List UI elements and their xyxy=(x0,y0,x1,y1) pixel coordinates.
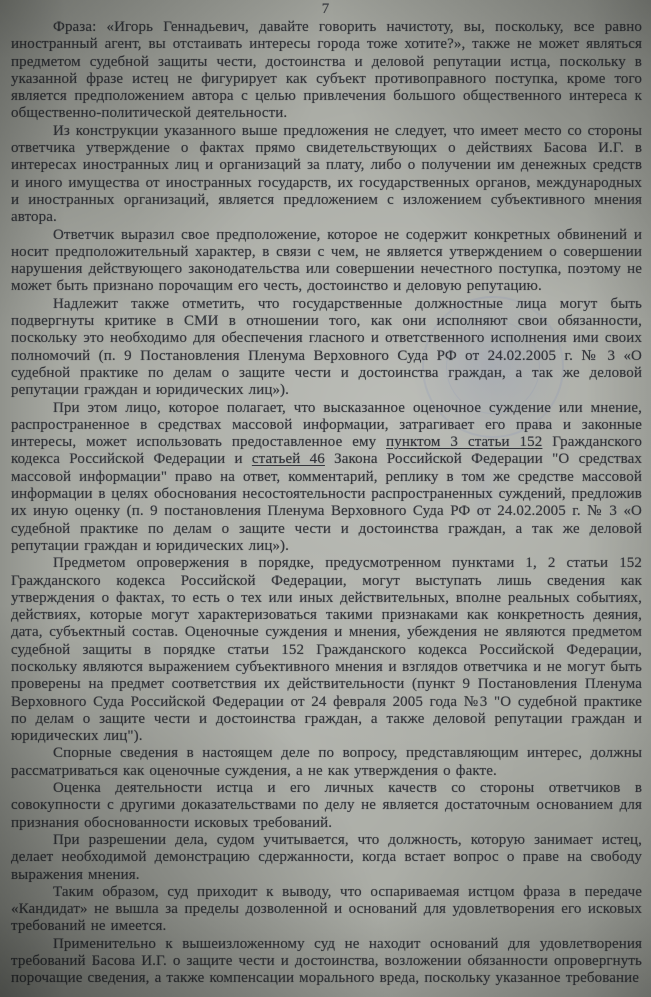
paragraph-text: Таким образом, суд приходит к выводу, чт… xyxy=(11,884,642,935)
paragraph: Из конструкции указанного выше предложен… xyxy=(11,123,642,227)
paragraph: При разрешении дела, судом учитывается, … xyxy=(11,832,642,884)
paragraph: Оценка деятельности истца и его личных к… xyxy=(11,780,642,832)
paragraph-text: Из конструкции указанного выше предложен… xyxy=(11,123,642,225)
underlined-citation: пунктом 3 статьи 152 xyxy=(386,434,542,450)
paragraph: Фраза: «Игорь Геннадьевич, давайте говор… xyxy=(11,19,642,123)
paragraph-text: Фраза: «Игорь Геннадьевич, давайте говор… xyxy=(11,19,642,121)
paragraph: Таким образом, суд приходит к выводу, чт… xyxy=(11,884,642,936)
paragraph: При этом лицо, которое полагает, что выс… xyxy=(11,400,642,556)
paragraph: Применительно к вышеизложенному суд не н… xyxy=(11,936,642,988)
document-page-photo: 7 Фраза: «Игорь Геннадьевич, давайте гов… xyxy=(0,0,651,997)
paragraph: Предметом опровержения в порядке, предус… xyxy=(11,555,642,745)
paragraph-text: Надлежит также отметить, что государстве… xyxy=(11,296,642,398)
paragraph: Спорные сведения в настоящем деле по воп… xyxy=(11,745,642,780)
paragraph: Надлежит также отметить, что государстве… xyxy=(11,296,642,400)
paragraph-text: Спорные сведения в настоящем деле по воп… xyxy=(11,745,642,778)
paragraph-text: Предметом опровержения в порядке, предус… xyxy=(11,555,642,744)
underlined-citation: статьей 46 xyxy=(252,451,325,467)
document-text: Фраза: «Игорь Геннадьевич, давайте говор… xyxy=(11,19,642,997)
paragraph-text: Ответчик выразил свое предположение, кот… xyxy=(11,227,642,295)
paragraph-text: Применительно к вышеизложенному суд не н… xyxy=(11,936,642,987)
page-number: 7 xyxy=(0,1,651,18)
paragraph: Ответчик выразил свое предположение, кот… xyxy=(11,227,642,296)
paragraph-text: При разрешении дела, судом учитывается, … xyxy=(11,832,642,883)
paragraph-text: Оценка деятельности истца и его личных к… xyxy=(11,780,642,831)
